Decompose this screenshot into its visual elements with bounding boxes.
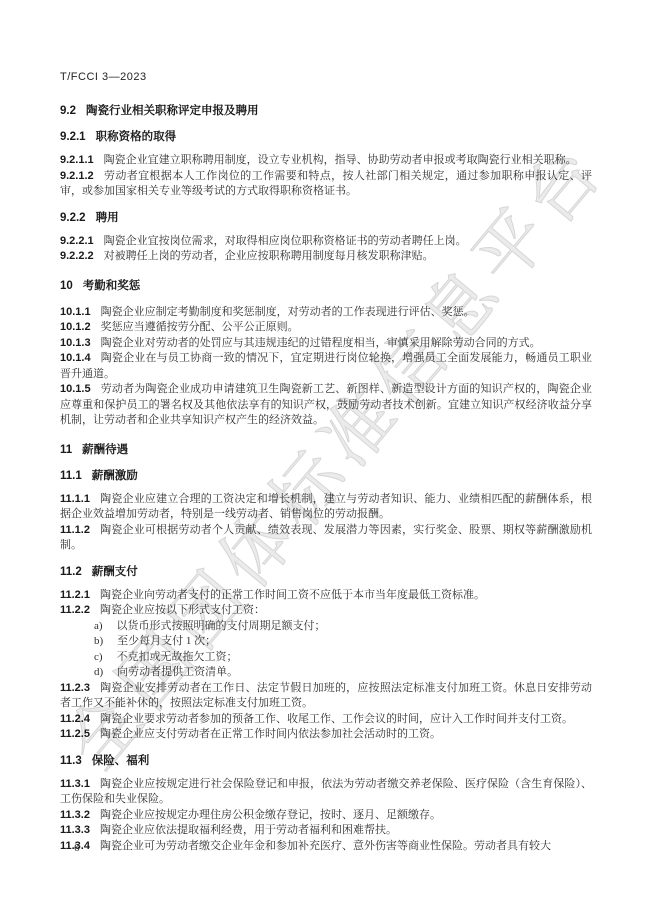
- clause-number: 10.1.3: [60, 337, 91, 349]
- clause-title: 薪酬支付: [92, 566, 138, 578]
- clause-paragraph: 11.2.4陶瓷企业要求劳动者参加的预备工作、收尾工作、工作会议的时间，应计入工…: [60, 712, 592, 728]
- clause-paragraph: 9.2.1.1陶瓷企业宜建立职称聘用制度，设立专业机构，指导、协助劳动者申报或考…: [60, 153, 592, 169]
- clause-paragraph: 10.1.2奖惩应当遵循按劳分配、公平公正原则。: [60, 320, 592, 336]
- list-text: 至少每月支付 1 次；: [117, 635, 216, 647]
- clause-text: 陶瓷企业宜按岗位需求，对取得相应岗位职称资格证书的劳动者聘任上岗。: [104, 235, 467, 247]
- standard-number: T/FCCI 3—2023: [60, 71, 592, 83]
- list-text: 不克扣或无故拖欠工资；: [117, 651, 238, 663]
- clause-number: 11.3.1: [60, 778, 90, 790]
- section-heading: 11.3保险、福利: [60, 754, 592, 769]
- list-text: 以货币形式按照明确的支付周期足额支付；: [117, 620, 326, 632]
- clause-number: 11.3.2: [60, 809, 90, 821]
- page-number: 6: [74, 842, 80, 854]
- clause-number: 10.1.4: [60, 352, 91, 364]
- clause-number: 11.2: [60, 566, 82, 578]
- clause-text: 陶瓷企业应按规定办理住房公积金缴存登记，按时、逐月、足额缴存。: [100, 809, 441, 821]
- clause-number: 11.2.4: [60, 713, 90, 725]
- clause-number: 11.1: [60, 470, 82, 482]
- clause-number: 9.2.1: [60, 131, 86, 143]
- document-content: T/FCCI 3—2023 9.2陶瓷行业相关职称评定申报及聘用 9.2.1职称…: [60, 71, 592, 854]
- clause-number: 9.2.2.1: [60, 235, 94, 247]
- list-text: 向劳动者提供工资清单。: [117, 666, 238, 678]
- clause-title: 聘用: [96, 212, 119, 224]
- clause-number: 11.3: [60, 755, 82, 767]
- chapter-heading: 11薪酬待遇: [60, 443, 592, 458]
- clause-text: 陶瓷企业对劳动者的处罚应与其违规违纪的过错程度相当，审慎采用解除劳动合同的方式。: [101, 337, 541, 349]
- clause-text: 陶瓷企业应支付劳动者在正常工作时间内依法参加社会活动时的工资。: [100, 728, 441, 740]
- subsection-heading: 9.2.1职称资格的取得: [60, 130, 592, 145]
- clause-number: 11.3.3: [60, 824, 90, 836]
- clause-paragraph: 11.3.4陶瓷企业可为劳动者缴交企业年金和参加补充医疗、意外伤害等商业性保险。…: [60, 839, 592, 855]
- clause-text: 劳动者宜根据本人工作岗位的工作需要和特点，按人社部门相关规定，通过参加职称申报认…: [60, 170, 592, 198]
- clause-title: 考勤和奖惩: [83, 280, 141, 292]
- clause-paragraph: 10.1.1陶瓷企业应制定考勤制度和奖惩制度，对劳动者的工作表现进行评估、奖惩。: [60, 305, 592, 321]
- clause-paragraph: 11.1.2陶瓷企业可根据劳动者个人贡献、绩效表现、发展潜力等因素，实行奖金、股…: [60, 523, 592, 554]
- clause-text: 对被聘任上岗的劳动者，企业应按职称聘用制度每月核发职称津贴。: [104, 250, 434, 262]
- clause-text: 陶瓷企业在与员工协商一致的情况下，宜定期进行岗位轮换，增强员工全面发展能力，畅通…: [60, 352, 592, 380]
- clause-paragraph: 10.1.5劳动者为陶瓷企业成功申请建筑卫生陶瓷新工艺、新图样、新造型设计方面的…: [60, 382, 592, 429]
- list-item: d)向劳动者提供工资清单。: [60, 665, 592, 681]
- list-marker: b): [94, 635, 103, 647]
- clause-title: 陶瓷行业相关职称评定申报及聘用: [86, 105, 259, 117]
- document-page: 全国团体标准信息平台 T/FCCI 3—2023 9.2陶瓷行业相关职称评定申报…: [0, 0, 650, 919]
- list-marker: c): [94, 651, 103, 663]
- clause-text: 陶瓷企业可根据劳动者个人贡献、绩效表现、发展潜力等因素，实行奖金、股票、期权等薪…: [60, 524, 592, 552]
- clause-paragraph: 11.3.2陶瓷企业应按规定办理住房公积金缴存登记，按时、逐月、足额缴存。: [60, 808, 592, 824]
- clause-title: 薪酬待遇: [82, 444, 128, 456]
- clause-paragraph: 11.3.1陶瓷企业应按规定进行社会保险登记和申报，依法为劳动者缴交养老保险、医…: [60, 777, 592, 808]
- clause-number: 9.2.2: [60, 212, 86, 224]
- clause-number: 11.2.5: [60, 728, 90, 740]
- clause-paragraph: 9.2.2.2对被聘任上岗的劳动者，企业应按职称聘用制度每月核发职称津贴。: [60, 249, 592, 265]
- clause-number: 9.2.1.1: [60, 154, 94, 166]
- clause-title: 薪酬激励: [92, 470, 138, 482]
- list-marker: a): [94, 620, 103, 632]
- clause-paragraph: 10.1.4陶瓷企业在与员工协商一致的情况下，宜定期进行岗位轮换，增强员工全面发…: [60, 351, 592, 382]
- chapter-heading: 10考勤和奖惩: [60, 279, 592, 294]
- clause-text: 陶瓷企业宜建立职称聘用制度，设立专业机构，指导、协助劳动者申报或考取陶瓷行业相关…: [104, 154, 577, 166]
- clause-number: 10.1.1: [60, 306, 91, 318]
- clause-text: 陶瓷企业安排劳动者在工作日、法定节假日加班的，应按照法定标准支付加班工资。休息日…: [60, 682, 592, 710]
- section-heading: 11.1薪酬激励: [60, 469, 592, 484]
- clause-paragraph: 9.2.2.1陶瓷企业宜按岗位需求，对取得相应岗位职称资格证书的劳动者聘任上岗。: [60, 234, 592, 250]
- clause-paragraph: 11.2.1陶瓷企业向劳动者支付的正常工作时间工资不应低于本市当年度最低工资标准…: [60, 588, 592, 604]
- clause-paragraph: 11.2.3陶瓷企业安排劳动者在工作日、法定节假日加班的，应按照法定标准支付加班…: [60, 681, 592, 712]
- clause-number: 10.1.2: [60, 321, 91, 333]
- section-heading: 9.2陶瓷行业相关职称评定申报及聘用: [60, 104, 592, 119]
- clause-paragraph: 11.2.2陶瓷企业应按以下形式支付工资：: [60, 603, 592, 619]
- clause-text: 陶瓷企业应制定考勤制度和奖惩制度，对劳动者的工作表现进行评估、奖惩。: [101, 306, 475, 318]
- clause-number: 10: [60, 280, 73, 292]
- clause-paragraph: 10.1.3陶瓷企业对劳动者的处罚应与其违规违纪的过错程度相当，审慎采用解除劳动…: [60, 336, 592, 352]
- clause-paragraph: 11.3.3陶瓷企业应依法提取福利经费，用于劳动者福利和困难帮扶。: [60, 823, 592, 839]
- clause-paragraph: 9.2.1.2劳动者宜根据本人工作岗位的工作需要和特点，按人社部门相关规定，通过…: [60, 169, 592, 200]
- list-item: a)以货币形式按照明确的支付周期足额支付；: [60, 619, 592, 635]
- subsection-heading: 9.2.2聘用: [60, 211, 592, 226]
- clause-text: 陶瓷企业应依法提取福利经费，用于劳动者福利和困难帮扶。: [100, 824, 397, 836]
- clause-text: 陶瓷企业要求劳动者参加的预备工作、收尾工作、工作会议的时间，应计入工作时间并支付…: [100, 713, 573, 725]
- clause-number: 11.2.3: [60, 682, 90, 694]
- list-marker: d): [94, 666, 103, 678]
- clause-number: 11.2.1: [60, 589, 90, 601]
- clause-text: 陶瓷企业向劳动者支付的正常工作时间工资不应低于本市当年度最低工资标准。: [100, 589, 485, 601]
- section-heading: 11.2薪酬支付: [60, 565, 592, 580]
- clause-text: 劳动者为陶瓷企业成功申请建筑卫生陶瓷新工艺、新图样、新造型设计方面的知识产权的，…: [60, 383, 592, 426]
- clause-number: 11.1.2: [60, 524, 90, 536]
- clause-text: 陶瓷企业应建立合理的工资决定和增长机制，建立与劳动者知识、能力、业绩相匹配的薪酬…: [60, 493, 592, 521]
- clause-text: 陶瓷企业应按规定进行社会保险登记和申报，依法为劳动者缴交养老保险、医疗保险（含生…: [60, 778, 592, 806]
- clause-paragraph: 11.1.1陶瓷企业应建立合理的工资决定和增长机制，建立与劳动者知识、能力、业绩…: [60, 492, 592, 523]
- clause-number: 9.2: [60, 105, 76, 117]
- clause-title: 保险、福利: [92, 755, 150, 767]
- clause-number: 10.1.5: [60, 383, 91, 395]
- clause-number: 11.2.2: [60, 604, 90, 616]
- list-item: b)至少每月支付 1 次；: [60, 634, 592, 650]
- clause-text: 陶瓷企业可为劳动者缴交企业年金和参加补充医疗、意外伤害等商业性保险。劳动者具有较…: [100, 840, 551, 852]
- clause-title: 职称资格的取得: [96, 131, 177, 143]
- clause-text: 陶瓷企业应按以下形式支付工资：: [100, 604, 265, 616]
- clause-text: 奖惩应当遵循按劳分配、公平公正原则。: [101, 321, 299, 333]
- clause-paragraph: 11.2.5陶瓷企业应支付劳动者在正常工作时间内依法参加社会活动时的工资。: [60, 727, 592, 743]
- clause-number: 11.1.1: [60, 493, 90, 505]
- list-item: c)不克扣或无故拖欠工资；: [60, 650, 592, 666]
- clause-number: 9.2.1.2: [60, 170, 94, 182]
- clause-number: 11: [60, 444, 72, 456]
- clause-number: 9.2.2.2: [60, 250, 94, 262]
